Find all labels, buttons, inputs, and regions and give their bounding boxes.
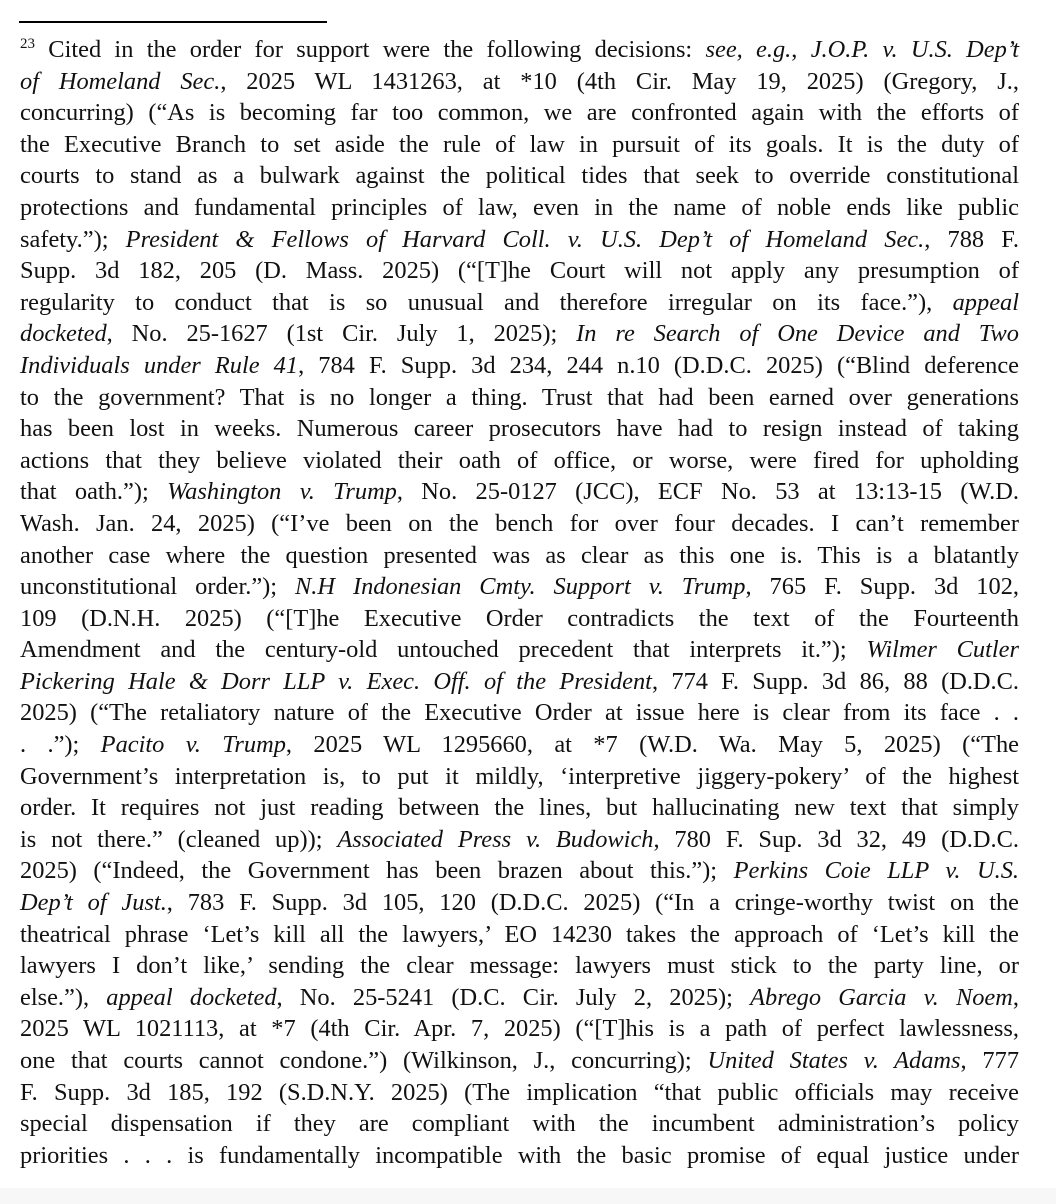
citation-text: Amendment and the century-old untouched …: [20, 636, 866, 663]
footnote-line: 109 (D.N.H. 2025) (“[T]he Executive Orde…: [20, 603, 1019, 635]
case-citation-italic: J.O.P. v. U.S. Dep’t: [811, 36, 1019, 63]
footnote-line: the Executive Branch to set aside the ru…: [20, 129, 1019, 161]
footnote-line: concurring) (“As is becoming far too com…: [20, 97, 1019, 129]
case-citation-italic: appeal: [953, 289, 1019, 316]
citation-text: to the government? That is no longer a t…: [20, 384, 1019, 411]
footnote-line: else.”), appeal docketed, No. 25-5241 (D…: [20, 982, 1019, 1014]
citation-text: , No. 25-5241 (D.C. Cir. July 2, 2025);: [277, 984, 751, 1011]
footnote-line: Supp. 3d 182, 205 (D. Mass. 2025) (“[T]h…: [20, 255, 1019, 287]
citation-text: Supp. 3d 182, 205 (D. Mass. 2025) (“[T]h…: [20, 257, 1019, 284]
citation-text: , 780 F. Sup. 3d 32, 49 (D.D.C.: [653, 826, 1019, 853]
footnote-separator-rule: [19, 21, 327, 23]
case-citation-italic: Associated Press v. Budowich: [337, 826, 653, 853]
footnote-line: 2025 WL 1021113, at *7 (4th Cir. Apr. 7,…: [20, 1013, 1019, 1045]
footnote-line: . .”); Pacito v. Trump, 2025 WL 1295660,…: [20, 729, 1019, 761]
citation-text: , 2025 WL 1295660, at *7 (W.D. Wa. May 5…: [286, 731, 1019, 758]
citation-text: that oath.”);: [20, 478, 167, 505]
citation-text: , 788 F.: [924, 226, 1019, 253]
citation-text: ,: [791, 36, 810, 63]
citation-text: , 777: [961, 1047, 1019, 1074]
citation-text: Wash. Jan. 24, 2025) (“I’ve been on the …: [20, 510, 1019, 537]
case-citation-italic: Abrego Garcia v. Noem: [750, 984, 1013, 1011]
citation-text: concurring) (“As is becoming far too com…: [20, 99, 1019, 126]
case-citation-italic: see, e.g.: [706, 36, 792, 63]
footnote-line: Pickering Hale & Dorr LLP v. Exec. Off. …: [20, 666, 1019, 698]
footnote-line: protections and fundamental principles o…: [20, 192, 1019, 224]
citation-text: else.”),: [20, 984, 106, 1011]
case-citation-italic: Perkins Coie LLP v. U.S.: [734, 857, 1019, 884]
citation-text: one that courts cannot condone.”) (Wilki…: [20, 1047, 707, 1074]
citation-text: the Executive Branch to set aside the ru…: [20, 131, 1019, 158]
case-citation-italic: appeal docketed: [106, 984, 276, 1011]
footnote-line: Dep’t of Just., 783 F. Supp. 3d 105, 120…: [20, 887, 1019, 919]
citation-text: special dispensation if they are complia…: [20, 1110, 1019, 1137]
case-citation-italic: N.H Indonesian Cmty. Support v. Trump: [295, 573, 745, 600]
case-citation-italic: Pickering Hale & Dorr LLP v. Exec. Off. …: [20, 668, 652, 695]
citation-text: is not there.” (cleaned up));: [20, 826, 337, 853]
footnote-line: that oath.”); Washington v. Trump, No. 2…: [20, 476, 1019, 508]
citation-text: 2025) (“Indeed, the Government has been …: [20, 857, 734, 884]
footnote-line: order. It requires not just reading betw…: [20, 792, 1019, 824]
citation-text: , 2025 WL 1431263, at *10 (4th Cir. May …: [220, 68, 1019, 95]
case-citation-italic: Dep’t of Just.: [20, 889, 167, 916]
footnote-line: Individuals under Rule 41, 784 F. Supp. …: [20, 350, 1019, 382]
citation-text: . .”);: [20, 731, 101, 758]
footnote-line: one that courts cannot condone.”) (Wilki…: [20, 1045, 1019, 1077]
citation-text: courts to stand as a bulwark against the…: [20, 162, 1019, 189]
citation-text: ,: [1013, 984, 1019, 1011]
footnote-line: special dispensation if they are complia…: [20, 1108, 1019, 1140]
footnote-line: has been lost in weeks. Numerous career …: [20, 413, 1019, 445]
citation-text: , 783 F. Supp. 3d 105, 120 (D.D.C. 2025)…: [167, 889, 1019, 916]
footnote-23: 23 Cited in the order for support were t…: [20, 34, 1019, 1171]
citation-text: , 765 F. Supp. 3d 102,: [746, 573, 1020, 600]
citation-text: priorities . . . is fundamentally incomp…: [20, 1142, 1019, 1169]
footnote-line: 23 Cited in the order for support were t…: [20, 34, 1019, 66]
citation-text: protections and fundamental principles o…: [20, 194, 1019, 221]
citation-text: , No. 25-0127 (JCC), ECF No. 53 at 13:13…: [397, 478, 1019, 505]
footnote-line: of Homeland Sec., 2025 WL 1431263, at *1…: [20, 66, 1019, 98]
case-citation-italic: Individuals under Rule 41: [20, 352, 298, 379]
footnote-line: actions that they believe violated their…: [20, 445, 1019, 477]
citation-text: F. Supp. 3d 185, 192 (S.D.N.Y. 2025) (Th…: [20, 1079, 1019, 1106]
citation-text: safety.”);: [20, 226, 126, 253]
footnote-line: Government’s interpretation is, to put i…: [20, 761, 1019, 793]
citation-text: , 774 F. Supp. 3d 86, 88 (D.D.C.: [652, 668, 1019, 695]
citation-text: Government’s interpretation is, to put i…: [20, 763, 1019, 790]
footnote-number: 23: [20, 36, 35, 52]
case-citation-italic: Pacito v. Trump: [101, 731, 286, 758]
case-citation-italic: United States v. Adams: [707, 1047, 960, 1074]
footnote-line: another case where the question presente…: [20, 540, 1019, 572]
citation-text: lawyers I don’t like,’ sending the clear…: [20, 952, 1019, 979]
footnote-line: Amendment and the century-old untouched …: [20, 634, 1019, 666]
footnote-line: lawyers I don’t like,’ sending the clear…: [20, 950, 1019, 982]
footnote-line: unconstitutional order.”); N.H Indonesia…: [20, 571, 1019, 603]
footnote-line: 2025) (“Indeed, the Government has been …: [20, 855, 1019, 887]
footnote-line: docketed, No. 25-1627 (1st Cir. July 1, …: [20, 318, 1019, 350]
citation-text: 2025 WL 1021113, at *7 (4th Cir. Apr. 7,…: [20, 1015, 1019, 1042]
case-citation-italic: President & Fellows of Harvard Coll. v. …: [126, 226, 925, 253]
citation-text: unconstitutional order.”);: [20, 573, 295, 600]
citation-text: order. It requires not just reading betw…: [20, 794, 1019, 821]
page-bottom-edge: [0, 1188, 1056, 1204]
citation-text: another case where the question presente…: [20, 542, 1019, 569]
footnote-line: Wash. Jan. 24, 2025) (“I’ve been on the …: [20, 508, 1019, 540]
footnote-line: courts to stand as a bulwark against the…: [20, 160, 1019, 192]
citation-text: , 784 F. Supp. 3d 234, 244 n.10 (D.D.C. …: [298, 352, 1019, 379]
case-citation-italic: Washington v. Trump: [167, 478, 397, 505]
footnote-line: F. Supp. 3d 185, 192 (S.D.N.Y. 2025) (Th…: [20, 1077, 1019, 1109]
footnote-line: priorities . . . is fundamentally incomp…: [20, 1140, 1019, 1172]
footnote-line: safety.”); President & Fellows of Harvar…: [20, 224, 1019, 256]
footnote-line: theatrical phrase ‘Let’s kill all the la…: [20, 919, 1019, 951]
citation-text: actions that they believe violated their…: [20, 447, 1019, 474]
footnote-line: is not there.” (cleaned up)); Associated…: [20, 824, 1019, 856]
footnote-line: 2025) (“The retaliatory nature of the Ex…: [20, 697, 1019, 729]
case-citation-italic: In re Search of One Device and Two: [576, 320, 1019, 347]
case-citation-italic: of Homeland Sec.: [20, 68, 220, 95]
citation-text: regularity to conduct that is so unusual…: [20, 289, 953, 316]
citation-text: theatrical phrase ‘Let’s kill all the la…: [20, 921, 1019, 948]
citation-text: 2025) (“The retaliatory nature of the Ex…: [20, 699, 1019, 726]
citation-text: , No. 25-1627 (1st Cir. July 1, 2025);: [107, 320, 577, 347]
citation-text: Cited in the order for support were the …: [48, 36, 705, 63]
footnote-line: to the government? That is no longer a t…: [20, 382, 1019, 414]
citation-text: has been lost in weeks. Numerous career …: [20, 415, 1019, 442]
footnote-line: regularity to conduct that is so unusual…: [20, 287, 1019, 319]
citation-text: 109 (D.N.H. 2025) (“[T]he Executive Orde…: [20, 605, 1019, 632]
case-citation-italic: Wilmer Cutler: [866, 636, 1019, 663]
case-citation-italic: docketed: [20, 320, 107, 347]
